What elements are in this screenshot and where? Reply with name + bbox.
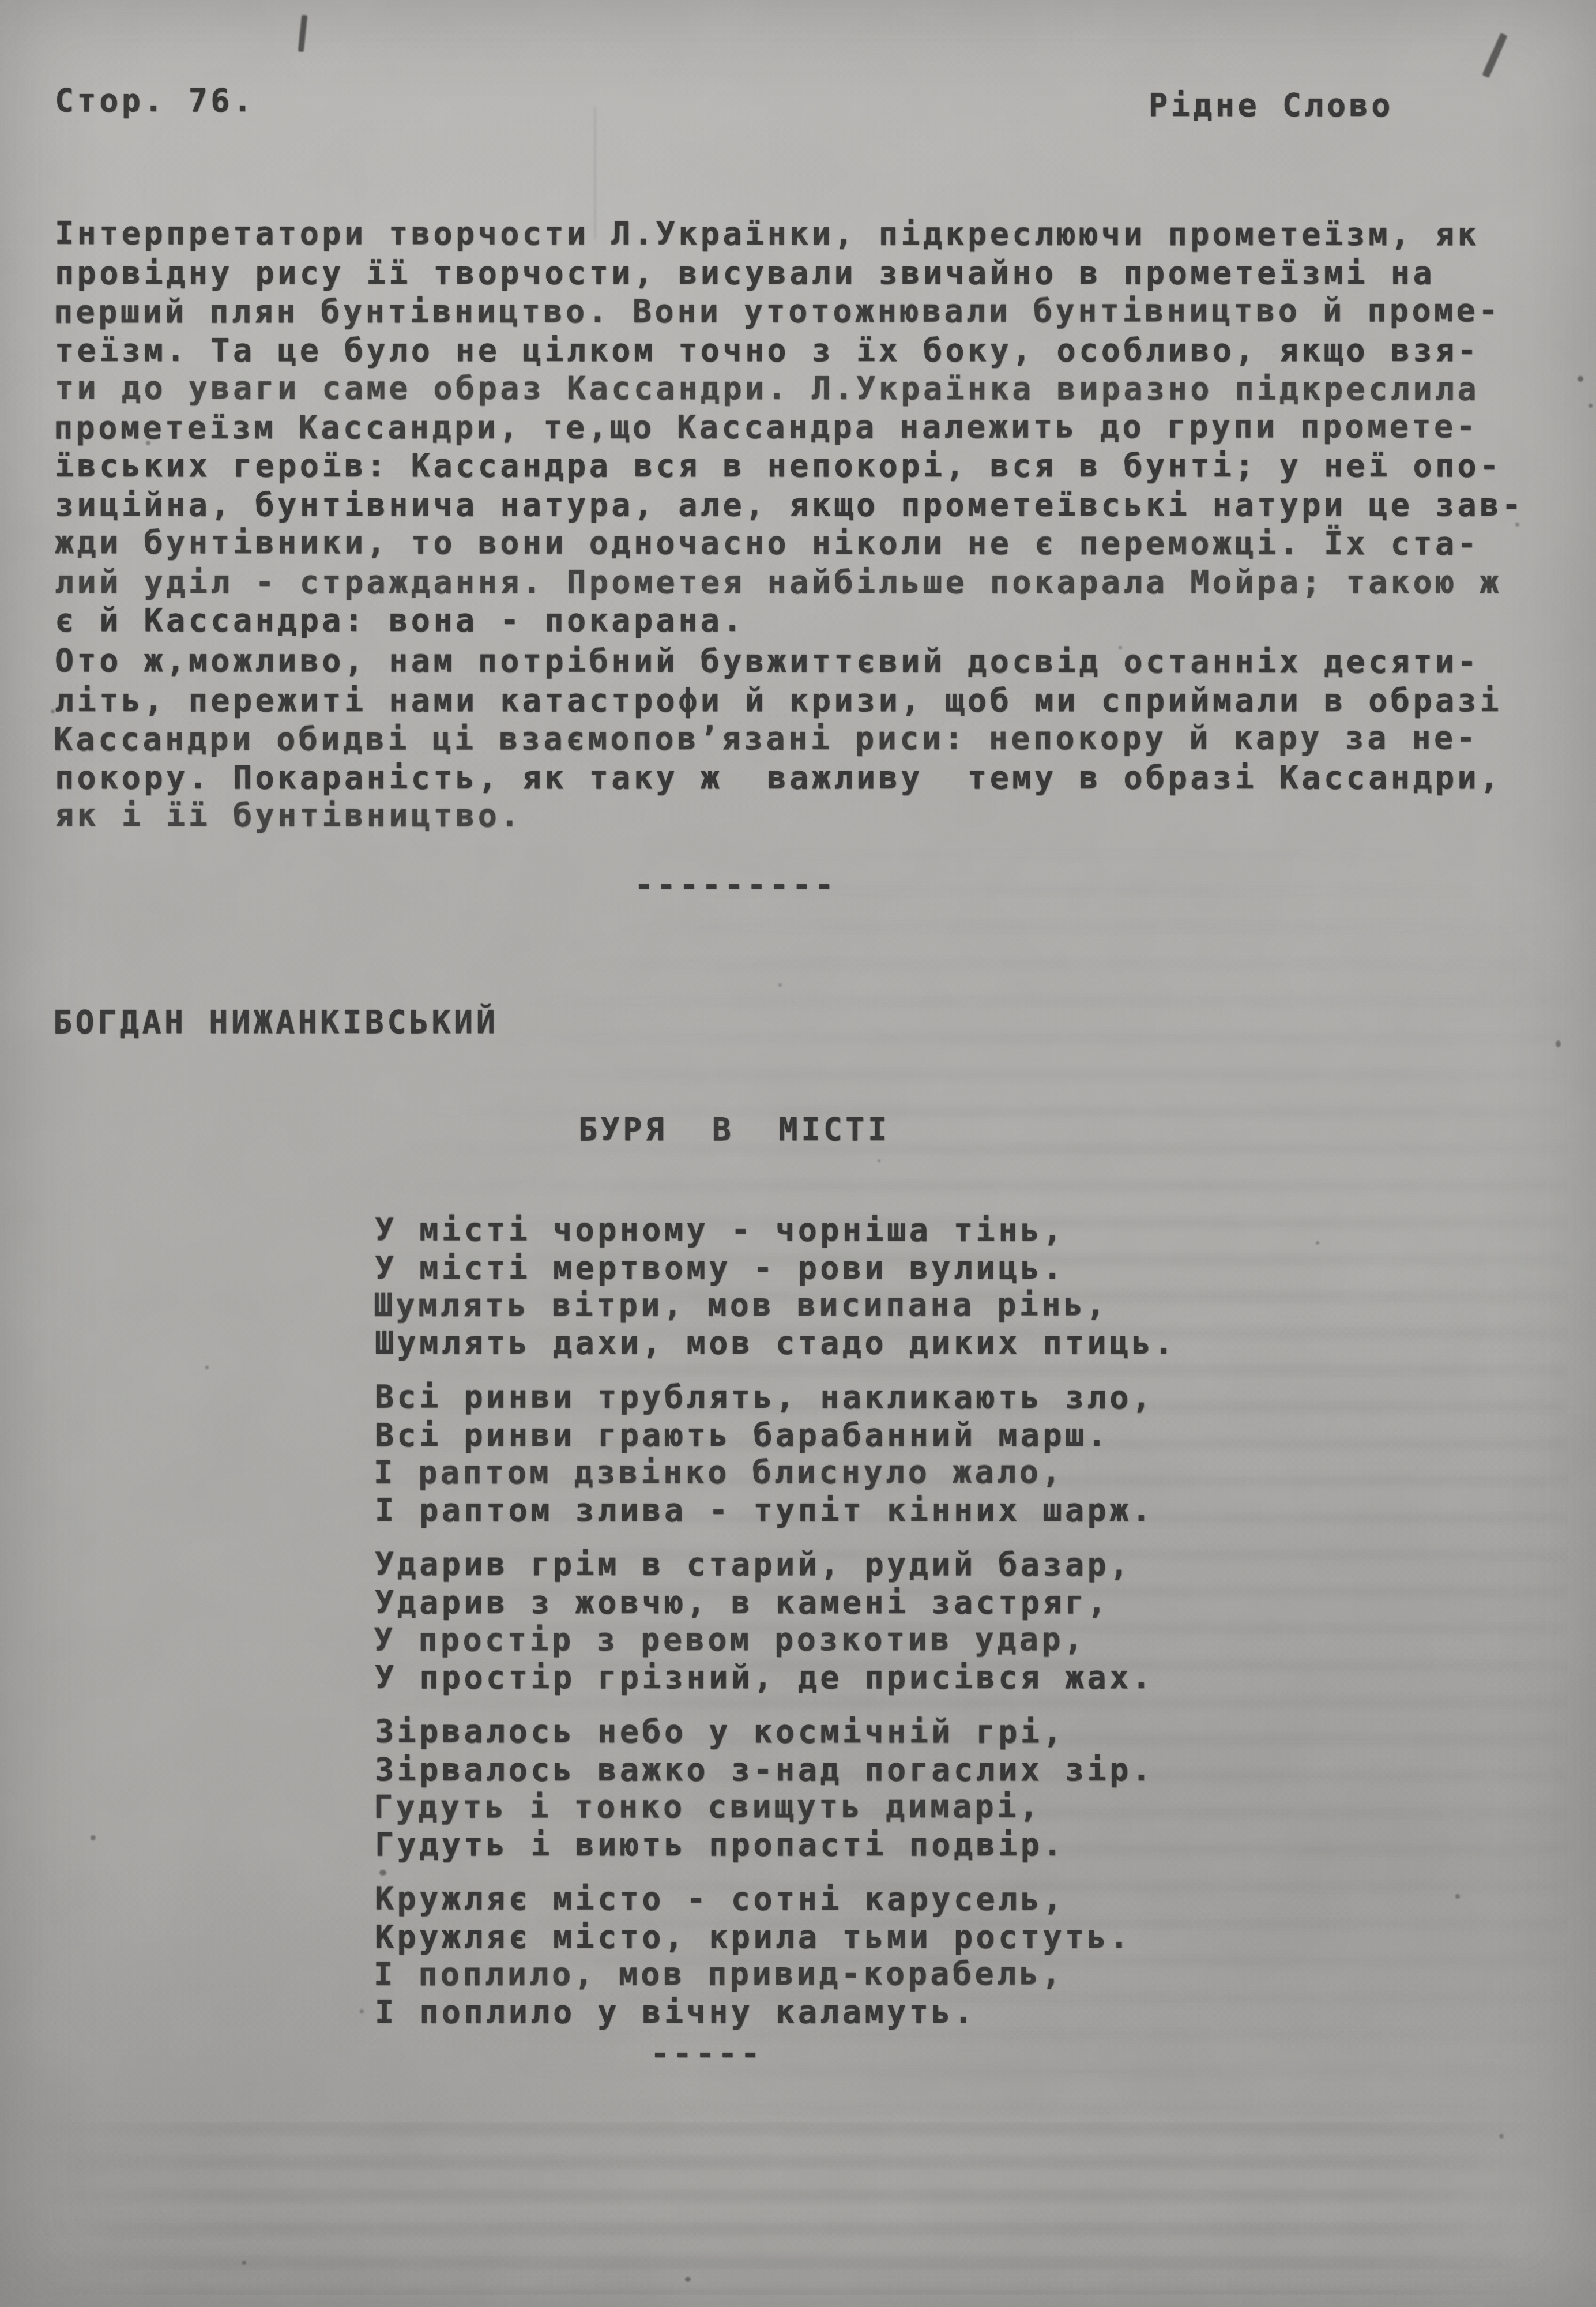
dirt-speck xyxy=(1515,523,1519,527)
poem-line: У місті мертвому - рови вулиць. xyxy=(375,1249,1176,1287)
poem-title: БУРЯ В МІСТІ xyxy=(578,1111,890,1148)
poem-line: Зірвалось небо у космічній грі, xyxy=(375,1712,1176,1750)
bleedthrough-ghost-rows-bottom xyxy=(40,2122,1551,2295)
dirt-speck xyxy=(1316,1241,1319,1245)
poem-author: БОГДАН НИЖАНКІВСЬКИЙ xyxy=(53,1004,498,1040)
paragraph-line: літь, пережиті нами катастрофи й кризи, … xyxy=(55,681,1502,720)
poem-line: І поплило, мов привид-корабель, xyxy=(374,1955,1175,1993)
poem-stanza-3: Ударив грім в старий, рудий базар,Ударив… xyxy=(375,1546,1176,1696)
poem-line: І раптом злива - тупіт кінних шарж. xyxy=(375,1491,1176,1529)
paragraph-line: перший плян бунтівництво. Вони утотожнюв… xyxy=(54,291,1523,332)
dirt-speck xyxy=(1589,404,1593,408)
dirt-speck xyxy=(205,1366,209,1369)
poem-line: Всі ринви трублять, накликають зло, xyxy=(375,1378,1176,1416)
poem-line: Шумлять дахи, мов стадо диких птиць. xyxy=(375,1324,1176,1362)
paragraph-line: Ото ж,можливо, нам потрібний бувжиттєвий… xyxy=(55,641,1502,681)
poem-line: Шумлять вітри, мов висипана рінь, xyxy=(374,1286,1175,1324)
poem-line: У простір з ревом розкотив удар, xyxy=(374,1620,1175,1658)
poem-line: Всі ринви грають барабанний марш. xyxy=(375,1416,1176,1454)
dirt-speck xyxy=(360,2009,364,2013)
dirt-speck xyxy=(91,1835,96,1840)
poem-line: І раптом дзвінко блиснуло жало, xyxy=(374,1453,1175,1491)
dirt-speck xyxy=(146,441,150,445)
poem-line: Ударив з жовчю, в камені застряг, xyxy=(375,1584,1176,1621)
poem-stanza-4: Зірвалось небо у космічній грі,Зірвалось… xyxy=(375,1713,1176,1863)
dirt-speck xyxy=(1556,1040,1561,1047)
poem-body: У місті чорному - чорніша тінь,У місті м… xyxy=(375,1211,1176,2047)
poem-line: Кружляє місто, крила тьми ростуть. xyxy=(375,1918,1176,1956)
section-divider-dashes: --------- xyxy=(634,866,837,903)
paragraph-line: покору. Покараність, як таку ж важливу т… xyxy=(55,758,1502,797)
paragraph-1: Інтерпретатори творчости Л.Українки, під… xyxy=(55,215,1524,640)
poem-line: У простір грізний, де присівся жах. xyxy=(375,1659,1176,1696)
paragraph-line: як і її бунтівництво. xyxy=(55,796,1502,836)
poem-stanza-1: У місті чорному - чорніша тінь,У місті м… xyxy=(375,1211,1176,1361)
paragraph-line: Інтерпретатори творчости Л.Українки, під… xyxy=(55,214,1525,254)
paragraph-line: Кассандри обидві ці взаємопов’язані риси… xyxy=(54,719,1501,759)
paragraph-line: ївських героїв: Кассандра вся в непокорі… xyxy=(55,446,1524,485)
paragraph-line: зиційна, бунтівнича натура, але, якщо пр… xyxy=(55,486,1524,524)
paper-crease xyxy=(594,107,596,239)
dirt-speck xyxy=(1499,2134,1504,2139)
poem-line: Гудуть і виють пропасті подвір. xyxy=(375,1826,1176,1863)
dirt-speck xyxy=(685,2277,691,2282)
poem-line: І поплило у вічну каламуть. xyxy=(375,1993,1176,2031)
paragraph-line: прометеїзм Кассандри, те,що Кассандра на… xyxy=(54,407,1523,448)
dirt-speck xyxy=(778,983,782,987)
dirt-speck xyxy=(1578,376,1583,382)
ink-smudge-mark xyxy=(1482,33,1507,78)
paragraph-line: ти до уваги саме образ Кассандри. Л.Укра… xyxy=(55,369,1525,408)
poem-line: Зірвалось важко з-над погаслих зір. xyxy=(375,1751,1176,1789)
poem-stanza-2: Всі ринви трублять, накликають зло,Всі р… xyxy=(375,1378,1176,1528)
dirt-speck xyxy=(242,2261,246,2265)
paragraph-line: лий уділ - страждання. Прометея найбільш… xyxy=(55,563,1524,602)
paragraph-2: Ото ж,можливо, нам потрібний бувжиттєвий… xyxy=(55,642,1502,835)
poem-line: У місті чорному - чорніша тінь, xyxy=(375,1211,1176,1249)
poem-line: Гудуть і тонко свищуть димарі, xyxy=(374,1787,1175,1825)
dirt-speck xyxy=(51,709,55,713)
paragraph-line: теїзм. Та це було не цілком точно з їх б… xyxy=(55,331,1524,370)
poem-line: Ударив грім в старий, рудий базар, xyxy=(375,1545,1176,1583)
scanned-document-page: Стор. 76. Рідне Слово Інтерпретатори тво… xyxy=(0,0,1596,2307)
paragraph-line: жди бунтівники, то вони одночасно ніколи… xyxy=(55,523,1525,563)
poem-end-divider-dashes: ----- xyxy=(650,2035,763,2072)
ink-smudge-mark xyxy=(298,15,308,52)
poem-line: Кружляє місто - сотні карусель, xyxy=(375,1880,1176,1918)
paragraph-line: є й Кассандра: вона - покарана. xyxy=(55,601,1524,640)
journal-title-label: Рідне Слово xyxy=(1149,87,1394,123)
dirt-speck xyxy=(1119,646,1122,649)
dirt-speck xyxy=(878,1159,880,1162)
dirt-speck xyxy=(379,1870,386,1876)
paragraph-line: провідну рису її творчости, висували зви… xyxy=(55,254,1524,292)
page-number-label: Стор. 76. xyxy=(55,82,255,119)
poem-stanza-5: Кружляє місто - сотні карусель,Кружляє м… xyxy=(375,1880,1176,2030)
dirt-speck xyxy=(1455,1894,1460,1899)
